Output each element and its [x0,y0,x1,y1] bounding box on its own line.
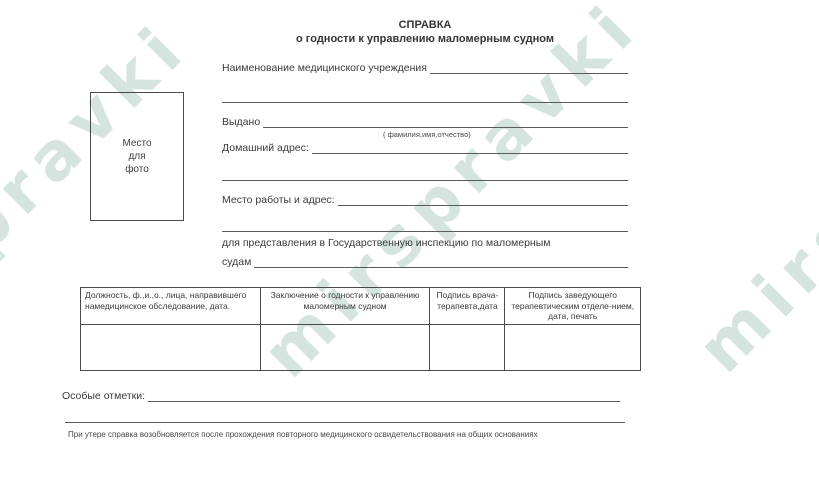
issued-note: ( фамилия,имя,отчество) [383,130,471,139]
photo-placeholder-line1: Место [122,137,151,150]
field-institution-blank2 [222,102,628,103]
field-institution: Наименование медицинского учреждения [222,60,628,74]
field-institution-blank [430,59,628,74]
table-cell-empty [260,324,430,370]
table-header-referrer: Должность, ф.,и.,о., лица, направившего … [81,288,261,325]
field-special-notes-blank2 [65,422,625,423]
table-header-therapist-signature: Подпись врача-терапевта,дата [430,288,505,325]
table-header-head-signature: Подпись заведующего терапевтическим отде… [505,288,641,325]
field-home-address-blank [312,139,628,154]
field-workplace: Место работы и адрес: [222,192,628,206]
form-content: СПРАВКА о годности к управлению маломерн… [0,0,819,486]
field-vessels-label: судам [222,256,254,268]
field-issued-blank [263,113,628,128]
photo-placeholder: Место для фото [90,92,184,221]
doc-subtitle: о годности к управлению маломерным судно… [222,32,628,46]
field-institution-label: Наименование медицинского учреждения [222,62,430,74]
field-special-notes-blank [148,387,620,402]
field-special-notes: Особые отметки: [62,388,620,402]
table-header-row: Должность, ф.,и.,о., лица, направившего … [81,288,641,325]
field-home-address-blank2 [222,180,628,181]
table-cell-empty [430,324,505,370]
field-workplace-label: Место работы и адрес: [222,194,338,206]
presentation-text: для представления в Государственную инсп… [222,237,551,249]
table-cell-empty [81,324,261,370]
certificate-page: mirspravki mirspravki mirspravki СПРАВКА… [0,0,819,486]
footer-note: При утере справка возобновляется после п… [68,430,538,439]
field-vessels-blank [254,253,628,268]
title-block: СПРАВКА о годности к управлению маломерн… [222,18,628,46]
field-issued-label: Выдано [222,116,263,128]
field-special-notes-label: Особые отметки: [62,390,148,402]
conclusion-table: Должность, ф.,и.,о., лица, направившего … [80,287,641,371]
field-home-address-label: Домашний адрес: [222,142,312,154]
table-header-conclusion: Заключение о годности к управлению малом… [260,288,430,325]
field-vessels: судам [222,254,628,268]
photo-placeholder-line3: фото [125,163,149,176]
table-row [81,324,641,370]
doc-title: СПРАВКА [222,18,628,32]
field-workplace-blank [338,191,628,206]
field-workplace-blank2 [222,231,628,232]
field-home-address: Домашний адрес: [222,140,628,154]
table-cell-empty [505,324,641,370]
photo-placeholder-line2: для [128,150,145,163]
field-issued: Выдано [222,114,628,128]
